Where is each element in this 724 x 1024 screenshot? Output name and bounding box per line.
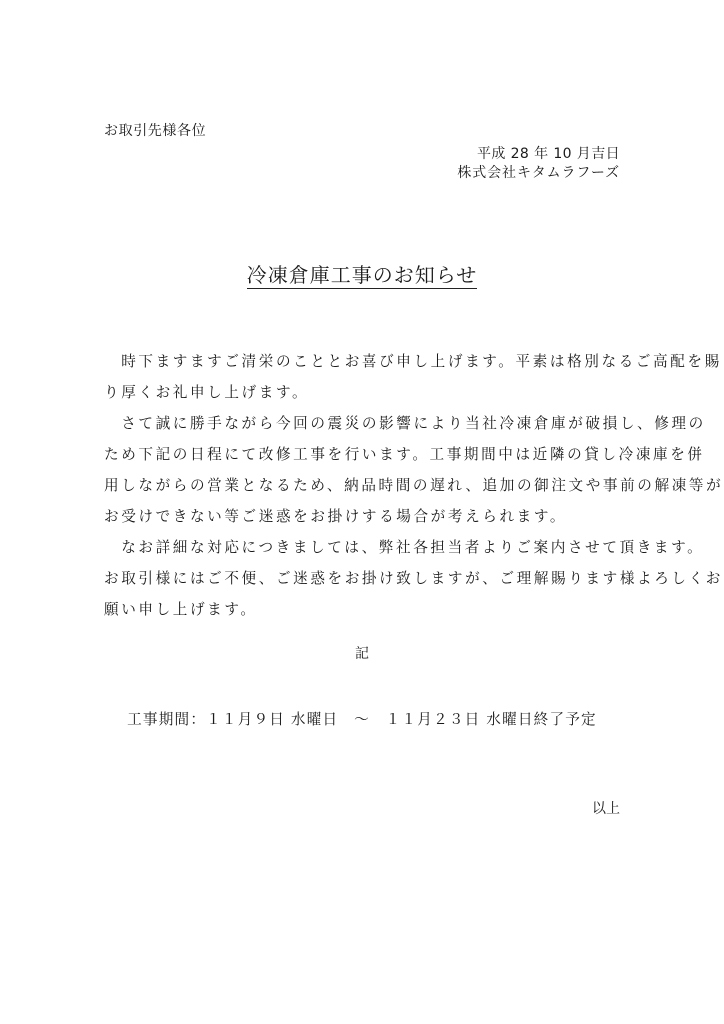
addressee: お取引先様各位 bbox=[104, 122, 206, 140]
body-line: 用しながらの営業となるため、納品時間の遅れ、追加の御注文や事前の解凍等が bbox=[104, 470, 628, 501]
body-line: さて誠に勝手ながら今回の震災の影響により当社冷凍倉庫が破損し、修理の bbox=[104, 408, 628, 439]
body-line: り厚くお礼申し上げます。 bbox=[104, 377, 628, 408]
body-line: なお詳細な対応につきましては、弊社各担当者よりご案内させて頂きます。 bbox=[104, 532, 628, 563]
body-line: 時下ますますご清栄のこととお喜び申し上げます。平素は格別なるご高配を賜 bbox=[104, 346, 628, 377]
ki-heading: 記 bbox=[0, 645, 724, 663]
letter-page: お取引先様各位 平成 28 年 10 月吉日 株式会社キタムラフーズ 冷凍倉庫工… bbox=[0, 0, 724, 1024]
notice-title: 冷凍倉庫工事のお知らせ bbox=[247, 263, 477, 289]
notice-title-container: 冷凍倉庫工事のお知らせ bbox=[0, 262, 724, 288]
body-line: 願い申し上げます。 bbox=[104, 594, 628, 625]
letter-date: 平成 28 年 10 月吉日 bbox=[477, 145, 620, 163]
body-line: お取引様にはご不便、ご迷惑をお掛け致しますが、ご理解賜ります様よろしくお bbox=[104, 563, 628, 594]
sender-company: 株式会社キタムラフーズ bbox=[457, 164, 620, 182]
body-line: お受けできない等ご迷惑をお掛けする場合が考えられます。 bbox=[104, 501, 628, 532]
construction-period: 工事期間：１１月９日 水曜日 ～ １１月２３日 水曜日終了予定 bbox=[0, 710, 724, 730]
closing-mark: 以上 bbox=[592, 800, 620, 818]
body-line: ため下記の日程にて改修工事を行います。工事期間中は近隣の貸し冷凍庫を併 bbox=[104, 439, 628, 470]
letter-body: 時下ますますご清栄のこととお喜び申し上げます。平素は格別なるご高配を賜 り厚くお… bbox=[104, 346, 628, 625]
